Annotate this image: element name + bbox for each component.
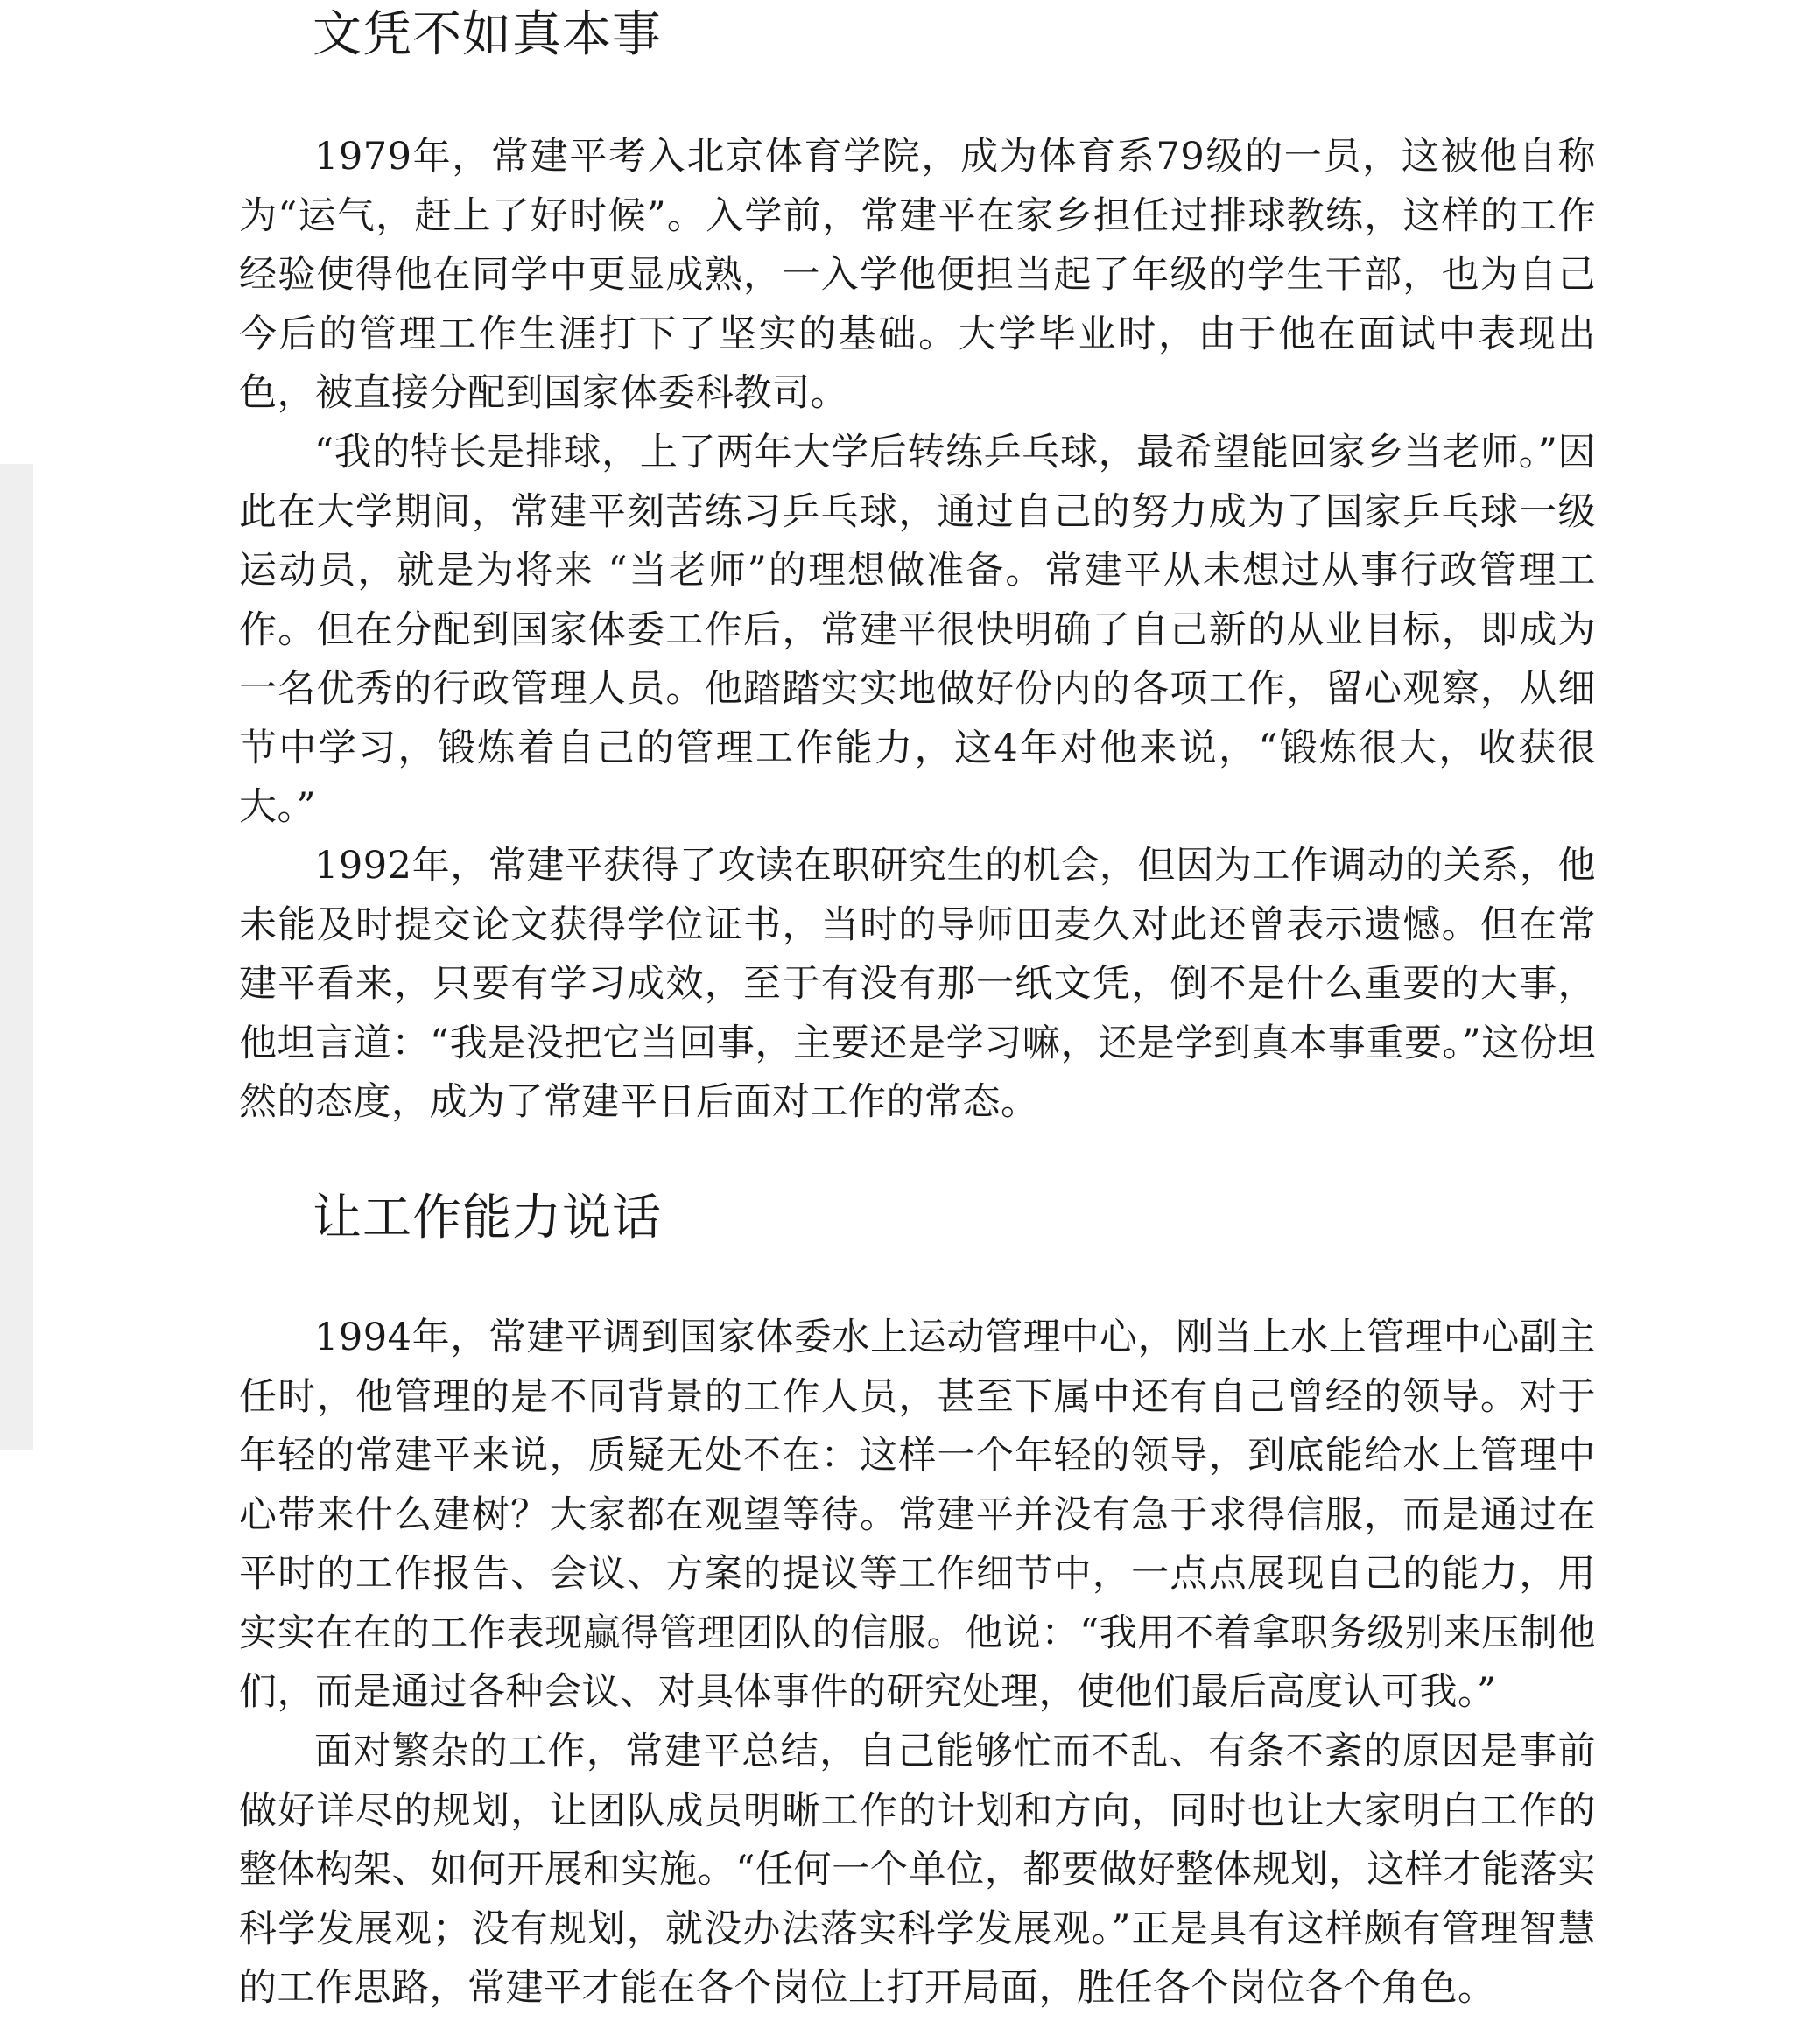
section-heading-diploma: 文凭不如真本事 <box>239 0 662 70</box>
paragraph: “我的特长是排球，上了两年大学后转练乒乓球，最希望能回家乡当老师。”因此在大学期… <box>239 424 1596 838</box>
page-edge-shadow <box>0 464 33 1450</box>
paragraph: 1994年，常建平调到国家体委水上运动管理中心，刚当上水上管理中心副主任时，他管… <box>239 1309 1596 1723</box>
paragraph: 1979年，常建平考入北京体育学院，成为体育系79级的一员，这被他自称为“运气，… <box>239 128 1596 424</box>
paragraph: 面对繁杂的工作，常建平总结，自己能够忙而不乱、有条不紊的原因是事前做好详尽的规划… <box>239 1723 1596 2018</box>
paragraph: 1992年，常建平获得了攻读在职研究生的机会，但因为工作调动的关系，他未能及时提… <box>239 837 1596 1133</box>
section-heading-ability: 让工作能力说话 <box>239 1183 662 1253</box>
